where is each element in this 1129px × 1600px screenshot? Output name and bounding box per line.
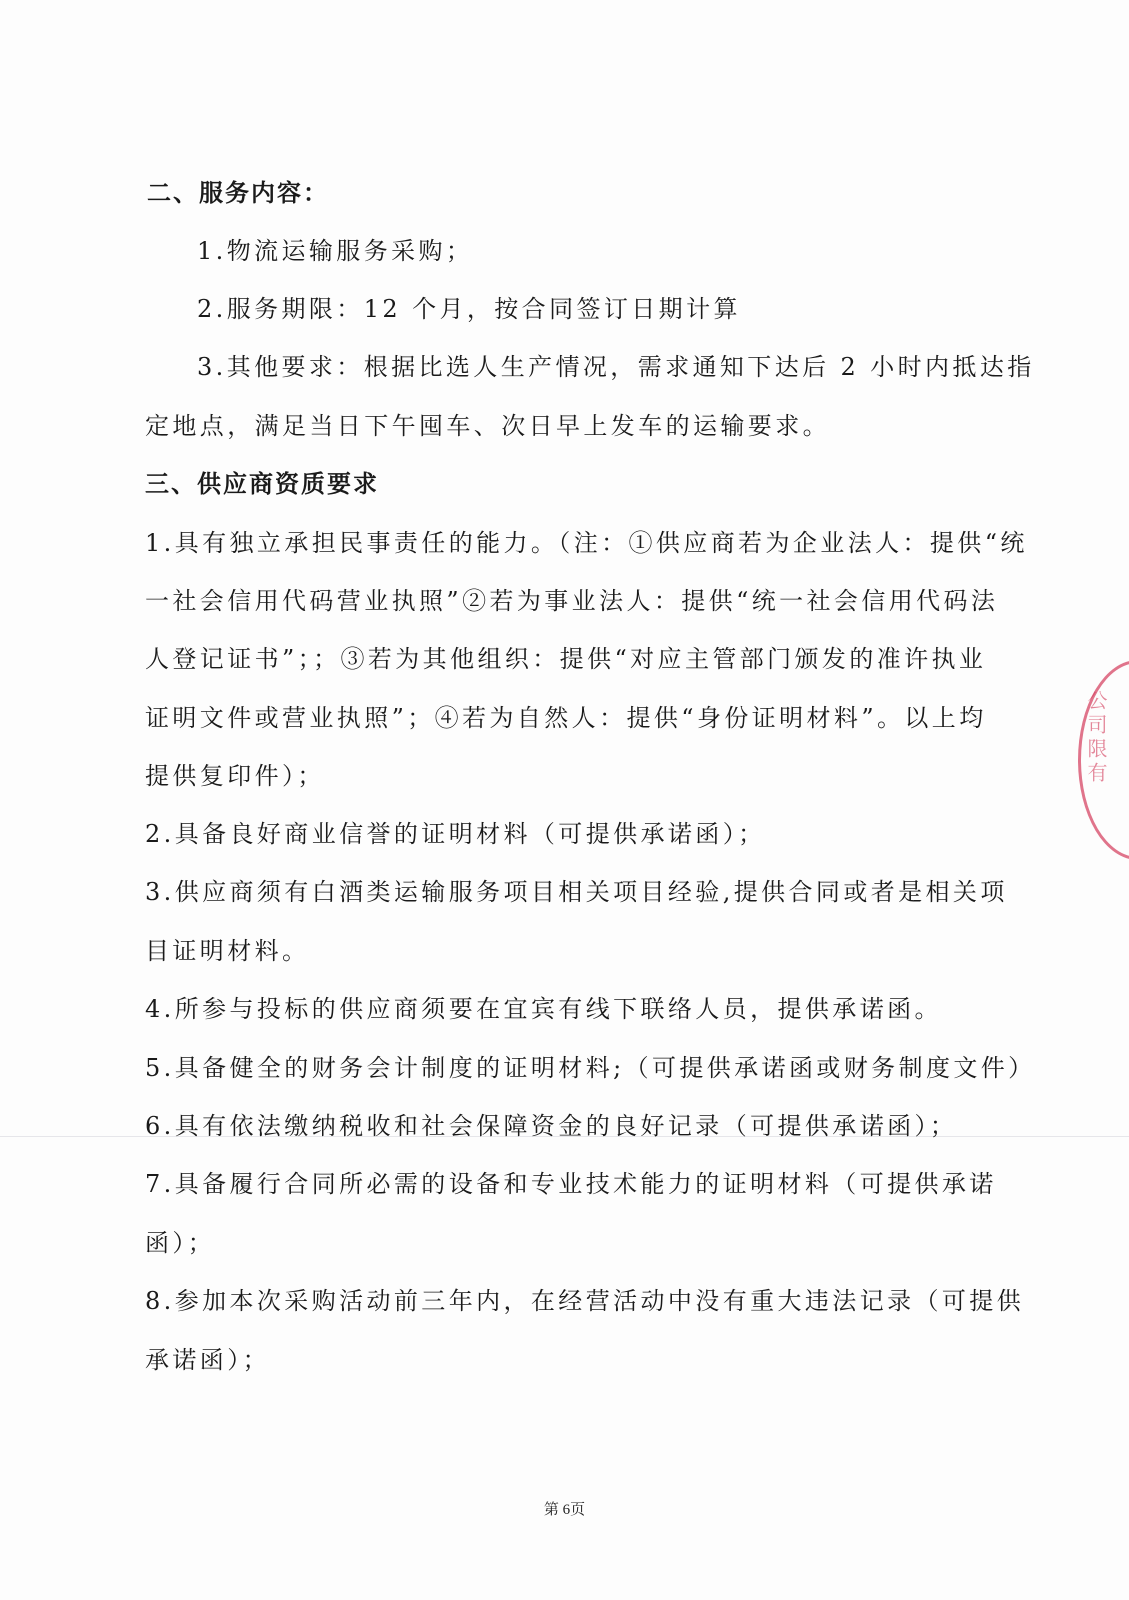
service-item-1: 1.物流运输服务采购；	[197, 236, 473, 266]
qualification-3-line-2: 目证明材料。	[145, 936, 309, 966]
qualification-1-line-2: 一社会信用代码营业执照”②若为事业法人：提供“统一社会信用代码法	[145, 586, 998, 616]
qualification-2: 2.具备良好商业信誉的证明材料（可提供承诺函）；	[145, 819, 766, 849]
qualification-1-line-3: 人登记证书”；；③若为其他组织：提供“对应主管部门颁发的准许执业	[145, 644, 986, 674]
service-item-3-line-2: 定地点，满足当日下午囤车、次日早上发车的运输要求。	[145, 411, 830, 441]
qualification-1-line-5: 提供复印件）；	[145, 761, 325, 791]
section-heading-supplier-qualifications: 三、供应商资质要求	[145, 469, 379, 499]
qualification-3-line-1: 3.供应商须有白酒类运输服务项目相关项目经验,提供合同或者是相关项	[145, 877, 1008, 907]
qualification-8-line-2: 承诺函）；	[145, 1345, 270, 1375]
qualification-7-line-1: 7.具备履行合同所必需的设备和专业技术能力的证明材料（可提供承诺	[145, 1169, 997, 1199]
qualification-6: 6.具有依法缴纳税收和社会保障资金的良好记录（可提供承诺函）；	[145, 1111, 957, 1141]
qualification-4: 4.所参与投标的供应商须要在宜宾有线下联络人员，提供承诺函。	[145, 994, 942, 1024]
qualification-8-line-1: 8.参加本次采购活动前三年内，在经营活动中没有重大违法记录（可提供	[145, 1286, 1024, 1316]
qualification-1-line-4: 证明文件或营业执照”；④若为自然人：提供“身份证明材料”。以上均	[145, 703, 987, 733]
qualification-1-line-1: 1.具有独立承担民事责任的能力。（注：①供应商若为企业法人：提供“统	[145, 528, 1028, 558]
qualification-7-line-2: 函）；	[145, 1228, 215, 1258]
qualification-5: 5.具备健全的财务会计制度的证明材料;（可提供承诺函或财务制度文件）	[145, 1053, 1036, 1083]
page-number: 第 6页	[0, 1498, 1129, 1519]
document-page: 二、服务内容： 1.物流运输服务采购； 2.服务期限：12 个月，按合同签订日期…	[0, 0, 1129, 1600]
section-heading-service-content: 二、服务内容：	[147, 178, 329, 208]
service-item-3-line-1: 3.其他要求：根据比选人生产情况，需求通知下达后 2 小时内抵达指	[197, 352, 1035, 382]
company-seal-text: 公司限有	[1082, 690, 1111, 786]
service-item-2: 2.服务期限：12 个月，按合同签订日期计算	[197, 294, 741, 324]
